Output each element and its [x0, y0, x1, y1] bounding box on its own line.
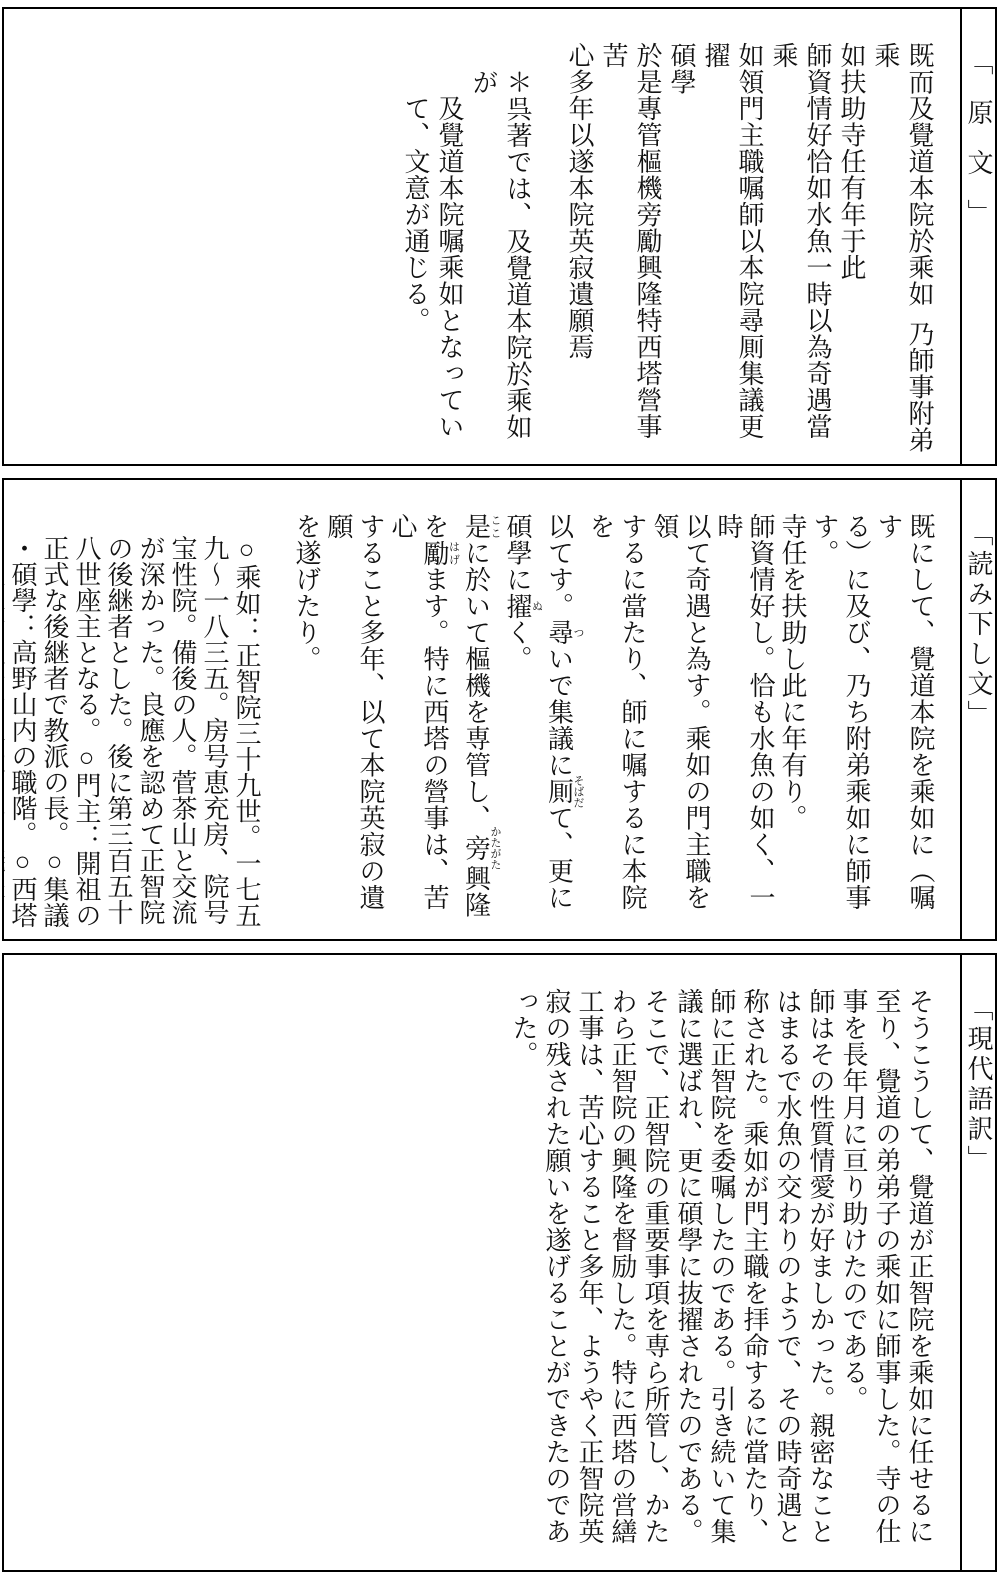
genbun-content: 既而及覺道本院於乘如 乃師事附弟乘如扶助寺任有年于此師資情好恰如水魚一時以為奇遇… [4, 9, 960, 464]
text-column: 称された。乘如が門主職を拝命するに當たり、 [738, 988, 771, 1566]
text-column: そうこうして、覺道が正智院を乘如に任せるに [903, 988, 936, 1566]
text-column: ：寛永七（一六三〇）年に焼失。 [4, 513, 6, 935]
text-column: はまるで水魚の交わりのようで、その時奇遇と [771, 988, 804, 1566]
section-header-yomikudashi: 「読み下し文」 [960, 480, 995, 939]
furigana: 尋つ [545, 619, 574, 646]
text-column: 以てす。尋ついで集議に厠そばだて、更に [543, 513, 585, 935]
text-column: 如扶助寺任有年于此 [834, 42, 868, 460]
text-column: る）に及び、乃ち附弟乘如に師事す。 [808, 513, 872, 935]
section-header-genbun: 「原文」 [960, 9, 995, 464]
yomikudashi-annotations: ○乘如：正智院三十九世。一七五九〜一八三五。房号恵充房、院号宝性院。備後の人。菅… [4, 513, 262, 935]
text-column: するに當たり、師に嘱するに本院を [584, 513, 648, 935]
text-column: ＊呉著では、及覺道本院於乘如が [466, 42, 534, 460]
text-column: 是ここに於いて樞機を専管し、旁かたがた興隆 [460, 513, 502, 935]
text-column: 既而及覺道本院於乘如 乃師事附弟乘 [868, 42, 936, 460]
text-column: 碩學に擢ぬく。 [501, 513, 543, 935]
furigana: 厠そばだ [545, 778, 574, 805]
text-column: 碩學 [664, 42, 698, 460]
section-header-gendaigoyaku: 「現代語訳」 [960, 955, 995, 1570]
text-column: 八世座主となる。○門主：開祖の [70, 513, 102, 935]
furigana: 勵はげ [420, 540, 449, 567]
text-column: を遂げたり。 [290, 513, 322, 935]
text-column: 既にして、覺道本院を乘如に（嘱す [872, 513, 936, 935]
text-column: 師に正智院を委嘱したのである。引き続いて集 [705, 988, 738, 1566]
text-column: 正式な後継者で教派の長。○集議 [38, 513, 70, 935]
text-column: ・碩學：高野山内の職階。○西塔 [6, 513, 38, 935]
text-column: 事を長年月に亘り助けたのである。 [837, 988, 870, 1566]
text-column: った。 [507, 988, 540, 1566]
text-column: 心多年以遂本院英寂遺願焉 [562, 42, 596, 460]
section-gendaigoyaku: そうこうして、覺道が正智院を乘如に任せるに至り、覺道の弟弟子の乘如に師事した。寺… [2, 953, 997, 1572]
text-column: て、文意が通じる。 [398, 42, 432, 460]
text-column: 師資情好恰如水魚一時以為奇遇當乘 [766, 42, 834, 460]
text-column: が深かった。良應を認めて正智院 [134, 513, 166, 935]
text-column: 如領門主職嘱師以本院尋厠集議更擢 [698, 42, 766, 460]
text-column: 宝性院。備後の人。菅茶山と交流 [166, 513, 198, 935]
text-column: 至り、覺道の弟弟子の乘如に師事した。寺の仕 [870, 988, 903, 1566]
genbun-editor-note: ＊呉著では、及覺道本院於乘如が及覺道本院嘱乘如となっていて、文意が通じる。 [398, 42, 534, 460]
furigana: 擢ぬ [503, 593, 532, 620]
text-column: 議に選ばれ、更に碩學に抜擢されたのである。 [672, 988, 705, 1566]
text-column: そこで、正智院の重要事項を専ら所管し、かた [639, 988, 672, 1566]
text-column: 九〜一八三五。房号恵充房、院号 [198, 513, 230, 935]
text-column: 師はその性質情愛が好ましかった。親密なこと [804, 988, 837, 1566]
text-column: 師資情好し。恰も水魚の如く、一時 [712, 513, 776, 935]
text-column: 工事は、苦心すること多年、ようやく正智院英 [573, 988, 606, 1566]
text-column: わら正智院の興隆を督励した。特に西塔の営繕 [606, 988, 639, 1566]
furigana: 旁かたがた [462, 831, 491, 865]
text-column: の後継者とした。後に第三百五十 [102, 513, 134, 935]
genbun-main-text: 既而及覺道本院於乘如 乃師事附弟乘如扶助寺任有年于此師資情好恰如水魚一時以為奇遇… [562, 42, 936, 460]
furigana: 是ここ [462, 513, 491, 540]
text-column: 及覺道本院嘱乘如となってい [432, 42, 466, 460]
yomikudashi-main-text: 既にして、覺道本院を乘如に（嘱する）に及び、乃ち附弟乘如に師事す。寺任を扶助し此… [290, 513, 936, 935]
text-column: ○乘如：正智院三十九世。一七五 [230, 513, 262, 935]
text-column: 以て奇遇と為す。乘如の門主職を領 [648, 513, 712, 935]
document-page: 既而及覺道本院於乘如 乃師事附弟乘如扶助寺任有年于此師資情好恰如水魚一時以為奇遇… [0, 0, 1000, 1576]
text-column: 於是專管樞機旁勵興隆特西塔營事苦 [596, 42, 664, 460]
yomikudashi-content: 既にして、覺道本院を乘如に（嘱する）に及び、乃ち附弟乘如に師事す。寺任を扶助し此… [4, 480, 960, 939]
gendaigoyaku-main-text: そうこうして、覺道が正智院を乘如に任せるに至り、覺道の弟弟子の乘如に師事した。寺… [507, 988, 936, 1566]
text-column: すること多年、以て本院英寂の遺願 [322, 513, 386, 935]
text-column: を勵はげます。特に西塔の營事は、苦心 [386, 513, 460, 935]
section-yomikudashi: 既にして、覺道本院を乘如に（嘱する）に及び、乃ち附弟乘如に師事す。寺任を扶助し此… [2, 478, 997, 941]
section-genbun: 既而及覺道本院於乘如 乃師事附弟乘如扶助寺任有年于此師資情好恰如水魚一時以為奇遇… [2, 7, 997, 466]
text-column: 寂の残された願いを遂げることができたのであ [540, 988, 573, 1566]
gendaigoyaku-content: そうこうして、覺道が正智院を乘如に任せるに至り、覺道の弟弟子の乘如に師事した。寺… [4, 955, 960, 1570]
text-column: 寺任を扶助し此に年有り。 [776, 513, 808, 935]
